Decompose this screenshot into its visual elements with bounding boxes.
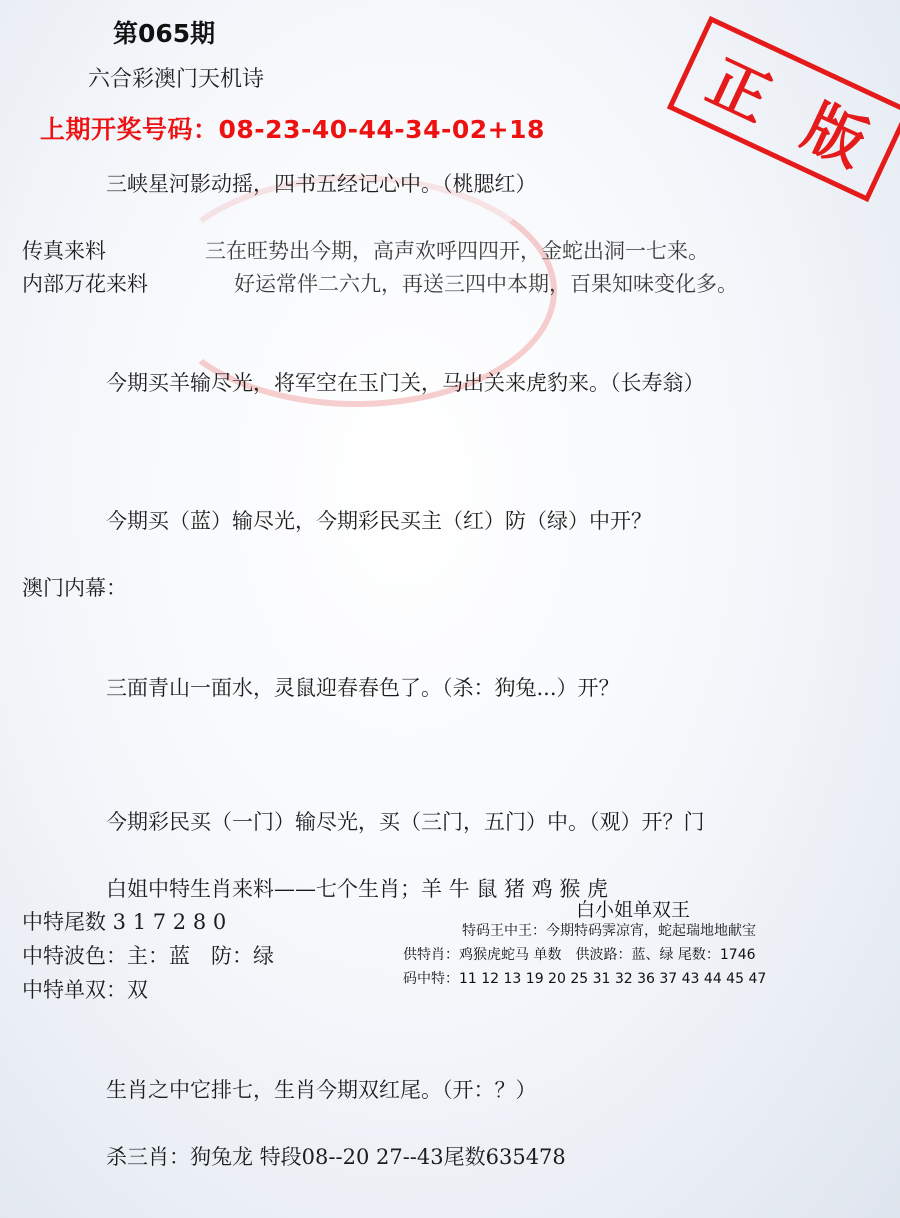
verse-3: 今期买（蓝）输尽光，今期彩民买主（红）防（绿）中开？	[106, 505, 652, 535]
fax-label: 传真来料	[22, 235, 106, 265]
right-block-title: 白小姐单双王	[576, 895, 690, 922]
wave-color: 中特波色：主：蓝 防：绿	[22, 940, 274, 970]
verse-5: 今期彩民买（一门）输尽光，买（三门，五门）中。（观）开？门	[106, 806, 705, 836]
verse-6: 白姐中特生肖来料——七个生肖；羊 牛 鼠 猪 鸡 猴 虎	[106, 873, 608, 903]
issue-number: 第065期	[113, 14, 215, 50]
fax-text: 三在旺势出今期，高声欢呼四四开，金蛇出洞一七来。	[205, 235, 709, 265]
right-block-line-2: 供特肖：鸡猴虎蛇马 单数 供波路：蓝、绿 尾数：1746	[403, 944, 756, 964]
stamp-char-ban: 版	[792, 80, 883, 183]
last-draw-label: 上期开奖号码：	[40, 115, 219, 144]
last-draw-numbers: 上期开奖号码：08-23-40-44-34-02+18	[40, 110, 545, 146]
right-block-line-3: 码中特：11 12 13 19 20 25 31 32 36 37 43 44 …	[403, 968, 766, 988]
inner-label: 内部万花来料	[22, 268, 148, 298]
macau-label: 澳门内幕：	[22, 572, 127, 602]
right-block-line-1: 特码王中王：今期特码霁凉宵，蛇起瑞地地献宝	[462, 920, 756, 940]
verse-7: 生肖之中它排七，生肖今期双红尾。（开：？）	[106, 1074, 537, 1104]
odd-even: 中特单双：双	[22, 974, 148, 1004]
kill-three-zodiacs: 杀三肖：狗兔龙 特段08--20 27--43尾数635478	[106, 1141, 566, 1171]
tail-numbers: 中特尾数 3 1 7 2 8 0	[22, 906, 226, 936]
last-draw-value: 08-23-40-44-34-02+18	[219, 115, 545, 144]
verse-2: 今期买羊输尽光，将军空在玉门关，马出关来虎豹来。（长寿翁）	[106, 367, 705, 397]
page-subtitle: 六合彩澳门天机诗	[88, 62, 264, 93]
inner-text: 好运常伴二六九，再送三四中本期，百果知味变化多。	[234, 268, 738, 298]
verse-1: 三峡星河影动摇，四书五经记心中。（桃腮红）	[106, 168, 537, 198]
stamp-char-zheng: 正	[696, 35, 787, 138]
verse-4: 三面青山一面水，灵鼠迎春春色了。（杀：狗兔...）开？	[106, 672, 620, 702]
authentic-stamp: 正 版	[667, 16, 900, 202]
